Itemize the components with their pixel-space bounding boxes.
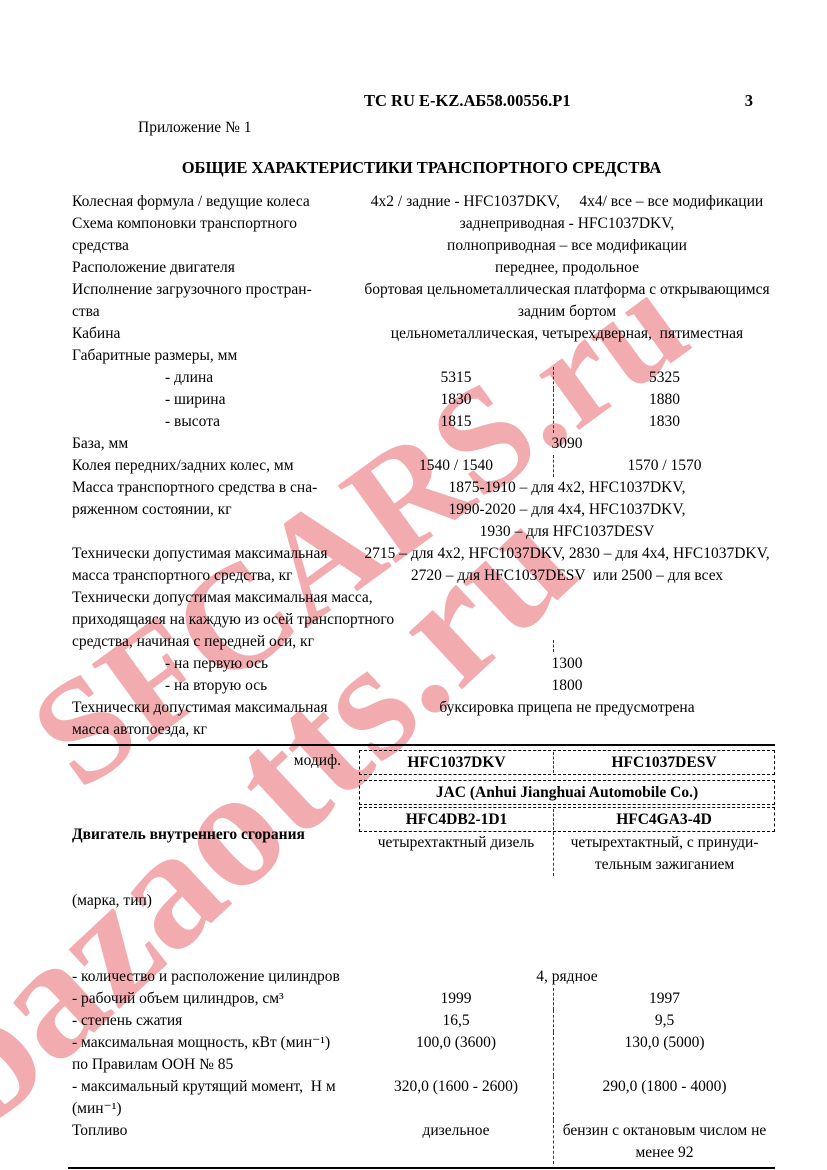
row-values: 16,5 9,5 [359,1010,775,1032]
row-label: Расположение двигателя [68,257,351,279]
row-values: 320,0 (1600 - 2600) 290,0 (1800 - 4000) [359,1076,775,1120]
row-second-axle: - на вторую ось 1800 [68,675,775,697]
row-values: дизельное бензин с октановым числом не м… [359,1120,775,1164]
modification-box: HFC1037DKV HFC1037DESV [359,750,775,775]
document-title: ОБЩИЕ ХАРАКТЕРИСТИКИ ТРАНСПОРТНОГО СРЕДС… [68,157,775,179]
value-dkv: дизельное [359,1120,553,1164]
page-number: 3 [745,90,753,112]
row-values: 1540 / 1540 1570 / 1570 [359,455,775,477]
row-max-power: - максимальная мощность, кВт (мин⁻¹) по … [68,1032,775,1076]
row-train-weight: Технически допустимая максимальная масса… [68,697,775,741]
row-axle-weight-header: Технически допустимая максимальная масса… [68,587,775,653]
row-values: 1999 1997 [359,988,775,1010]
row-cab: Кабина цельнометаллическая, четырехдверн… [68,323,775,345]
row-label: - на вторую ось [68,675,351,697]
row-label: Схема компоновки транспортного средства [68,213,351,257]
row-engine: Двигатель внутреннего сгорания (марка, т… [68,780,775,956]
row-length: - длина 5315 5325 [68,367,775,389]
engine-models-box: HFC4DB2-1D1 HFC4GA3-4D [359,807,775,832]
row-engine-location: Расположение двигателя переднее, продоль… [68,257,775,279]
certificate-number: ТС RU Е-KZ.АБ58.00556.Р1 [364,90,571,112]
row-label: Технически допустимая максимальная масса… [68,543,351,587]
value-desv: 9,5 [553,1010,775,1032]
row-label: - длина [68,367,351,389]
row-value: бортовая цельнометаллическая платформа с… [359,279,775,323]
row-label: - максимальный крутящий момент, Н м (мин… [68,1076,351,1120]
row-label: - рабочий объем цилиндров, см³ [68,988,351,1010]
value-desv: 1830 [553,411,775,433]
row-label: - высота [68,411,351,433]
row-fuel: Топливо дизельное бензин с октановым чис… [68,1120,775,1164]
value-dkv: 5315 [359,367,553,389]
row-values: 100,0 (3600) 130,0 (5000) [359,1032,775,1076]
engine-cycle-desv: четырехтактный, с принуди- тельным зажиг… [553,832,775,876]
engine-values: JAC (Anhui Jianghuai Automobile Co.) HFC… [359,780,775,956]
value-desv: 1997 [553,988,775,1010]
row-value: 4х2 / задние - HFC1037DKV, 4х4/ все – вс… [359,191,775,213]
section-divider-bottom [68,1167,775,1169]
row-values: 1815 1830 [359,411,775,433]
value-dkv: 1999 [359,988,553,1010]
value-desv: 1880 [553,389,775,411]
value-dkv: 16,5 [359,1010,553,1032]
row-max-torque: - максимальный крутящий момент, Н м (мин… [68,1076,775,1120]
row-value: 1875-1910 – для 4х2, HFC1037DKV, 1990-20… [359,477,775,543]
row-value: 1300 [359,653,775,675]
row-track: Колея передних/задних колес, мм 1540 / 1… [68,455,775,477]
row-label: Колея передних/задних колес, мм [68,455,351,477]
engine-label-sub: (марка, тип) [72,890,351,912]
row-label: - количество и расположение цилиндров [68,966,351,988]
engine-manufacturer: JAC (Anhui Jianghuai Automobile Co.) [359,780,775,805]
row-modification: модиф. HFC1037DKV HFC1037DESV [68,750,775,780]
row-cylinders: - количество и расположение цилиндров 4,… [68,966,775,988]
row-compression: - степень сжатия 16,5 9,5 [68,1010,775,1032]
row-label: Исполнение загрузочного простран- ства [68,279,351,323]
row-label: - максимальная мощность, кВт (мин⁻¹) по … [68,1032,351,1076]
row-values: 5315 5325 [359,367,775,389]
row-label: Технически допустимая максимальная масса… [68,587,775,653]
engine-label: Двигатель внутреннего сгорания (марка, т… [68,780,351,956]
row-value: 1800 [359,675,775,697]
row-wheel-formula: Колесная формула / ведущие колеса 4х2 / … [68,191,775,213]
value-desv: 290,0 (1800 - 4000) [553,1076,775,1120]
row-label: Колесная формула / ведущие колеса [68,191,351,213]
row-displacement: - рабочий объем цилиндров, см³ 1999 1997 [68,988,775,1010]
engine-model-dkv: HFC4DB2-1D1 [360,809,553,830]
row-value: 4, рядное [359,966,775,988]
row-value: буксировка прицепа не предусмотрена [359,697,775,741]
value-dkv: 1830 [359,389,553,411]
value-dkv: 1540 / 1540 [359,455,553,477]
row-values: 1830 1880 [359,389,775,411]
value-desv: 130,0 (5000) [553,1032,775,1076]
document-page: SFCARS.ru bazaotts.ru ТС RU Е-KZ.АБ58.00… [0,0,827,1170]
row-layout-scheme: Схема компоновки транспортного средства … [68,213,775,257]
row-label: - ширина [68,389,351,411]
value-dkv: 1815 [359,411,553,433]
row-label: База, мм [68,433,351,455]
page-header: ТС RU Е-KZ.АБ58.00556.Р1 3 [68,90,775,113]
row-curb-weight: Масса транспортного средства в сна- ряже… [68,477,775,543]
row-max-weight: Технически допустимая максимальная масса… [68,543,775,587]
value-desv: 1570 / 1570 [553,455,775,477]
row-wheelbase: База, мм 3090 [68,433,775,455]
row-first-axle: - на первую ось 1300 [68,653,775,675]
row-value: 3090 [359,433,775,455]
row-label: - на первую ось [68,653,351,675]
value-desv: 5325 [553,367,775,389]
row-label: Кабина [68,323,351,345]
row-width: - ширина 1830 1880 [68,389,775,411]
document-content: ТС RU Е-KZ.АБ58.00556.Р1 3 Приложение № … [0,0,827,1169]
row-label: Габаритные размеры, мм [68,345,351,367]
modification-desv: HFC1037DESV [553,752,774,773]
engine-model-desv: HFC4GA3-4D [553,809,774,830]
row-value: заднеприводная - HFC1037DKV, полнопривод… [359,213,775,257]
row-label: - степень сжатия [68,1010,351,1032]
engine-cycle-dkv: четырехтактный дизель [359,832,553,876]
section-divider-top [68,744,775,746]
row-label: Технически допустимая максимальная масса… [68,697,351,741]
row-dimensions-header: Габаритные размеры, мм [68,345,775,367]
row-value: переднее, продольное [359,257,775,279]
value-dkv: 320,0 (1600 - 2600) [359,1076,553,1120]
row-value: 2715 – для 4х2, HFC1037DKV, 2830 – для 4… [359,543,775,587]
modification-dkv: HFC1037DKV [360,752,553,773]
annex-label: Приложение № 1 [138,117,775,139]
modification-label: модиф. [68,750,351,780]
row-cargo-space: Исполнение загрузочного простран- ства б… [68,279,775,323]
row-label: Масса транспортного средства в сна- ряже… [68,477,351,543]
value-desv: бензин с октановым числом не менее 92 [553,1120,775,1164]
engine-cycle: четырехтактный дизель четырехтактный, с … [359,832,775,876]
value-dkv: 100,0 (3600) [359,1032,553,1076]
engine-label-main: Двигатель внутреннего сгорания [72,824,351,846]
row-height: - высота 1815 1830 [68,411,775,433]
row-label: Топливо [68,1120,351,1164]
row-value: цельнометаллическая, четырехдверная, пят… [359,323,775,345]
